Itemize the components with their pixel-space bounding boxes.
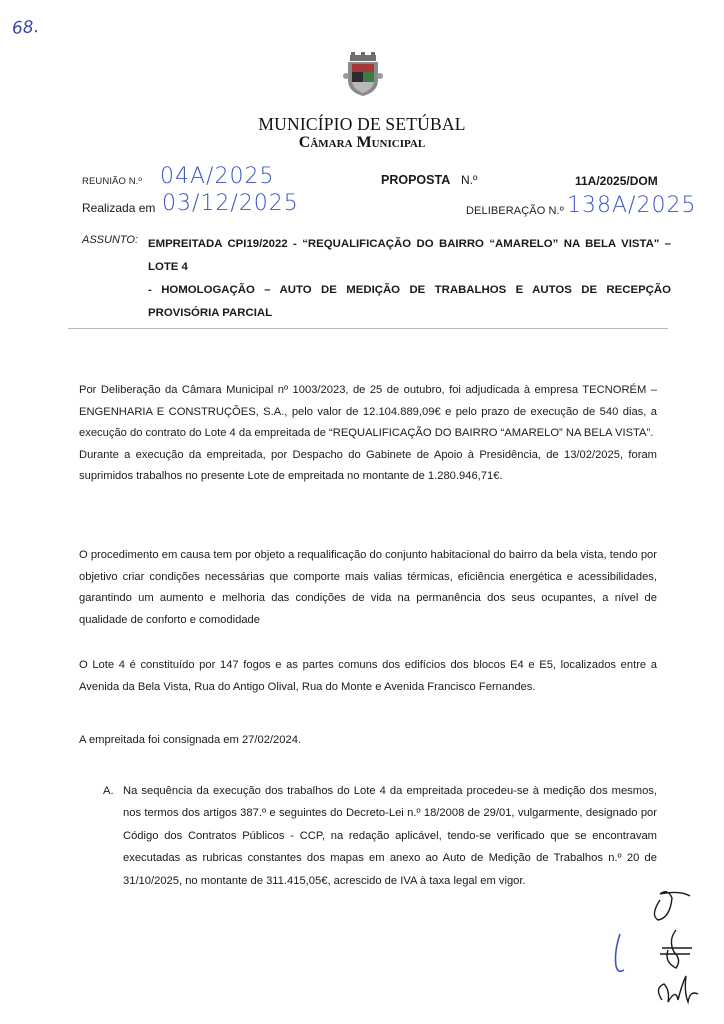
list-marker: A. — [103, 780, 114, 802]
list-item-text: Na sequência da execução dos trabalhos d… — [123, 780, 657, 892]
header-divider — [68, 328, 668, 329]
body-paragraph-3: O procedimento em causa tem por objeto a… — [79, 545, 657, 631]
realizada-label: Realizada em — [82, 201, 155, 215]
realizada-value: 03/12/2025 — [162, 191, 299, 216]
subject-line-1: EMPREITADA CPI19/2022 - “REQUALIFICAÇÃO … — [148, 233, 671, 256]
body-paragraph-4: O Lote 4 é constituído por 147 fogos e a… — [79, 655, 657, 698]
paragraph-objective: O procedimento em causa tem por objeto a… — [79, 545, 657, 631]
council-subtitle: Câmara Municipal — [0, 134, 724, 152]
subject-line-3: - HOMOLOGAÇÃO – AUTO DE MEDIÇÃO DE TRABA… — [148, 279, 671, 302]
signature-stroke-blue-icon — [610, 930, 630, 990]
subject-line-4: PROVISÓRIA PARCIAL — [148, 302, 671, 325]
reuniao-label: REUNIÃO N.º — [82, 176, 142, 187]
paragraph-consignment: A empreitada foi consignada em 27/02/202… — [79, 730, 657, 752]
paragraph-lot-composition: O Lote 4 é constituído por 147 fogos e a… — [79, 655, 657, 698]
proposta-no-label: N.º — [461, 173, 477, 187]
assunto-label: ASSUNTO: — [82, 234, 138, 246]
deliberacao-label: DELIBERAÇÃO N.º — [466, 205, 564, 217]
reuniao-value: 04A/2025 — [160, 164, 274, 189]
list-item: A. Na sequência da execução dos trabalho… — [103, 780, 657, 892]
coat-of-arms-icon — [342, 52, 384, 98]
subject-line-2: LOTE 4 — [148, 256, 671, 279]
proposta-label: PROPOSTA — [381, 173, 450, 187]
subject-block: EMPREITADA CPI19/2022 - “REQUALIFICAÇÃO … — [148, 233, 671, 325]
signature-initials-icon — [640, 880, 700, 1020]
paragraph-adjudication: Por Deliberação da Câmara Municipal nº 1… — [79, 380, 657, 445]
body-paragraph-1: Por Deliberação da Câmara Municipal nº 1… — [79, 380, 657, 488]
body-paragraph-5: A empreitada foi consignada em 27/02/202… — [79, 730, 657, 752]
page-number-annotation: 68. — [11, 17, 39, 39]
proposta-value: 11A/2025/DOM — [575, 174, 658, 188]
deliberacao-value: 138A/2025 — [567, 193, 696, 218]
municipality-title: MUNICÍPIO DE SETÚBAL — [0, 114, 724, 135]
paragraph-suppressed-works: Durante a execução da empreitada, por De… — [79, 445, 657, 488]
